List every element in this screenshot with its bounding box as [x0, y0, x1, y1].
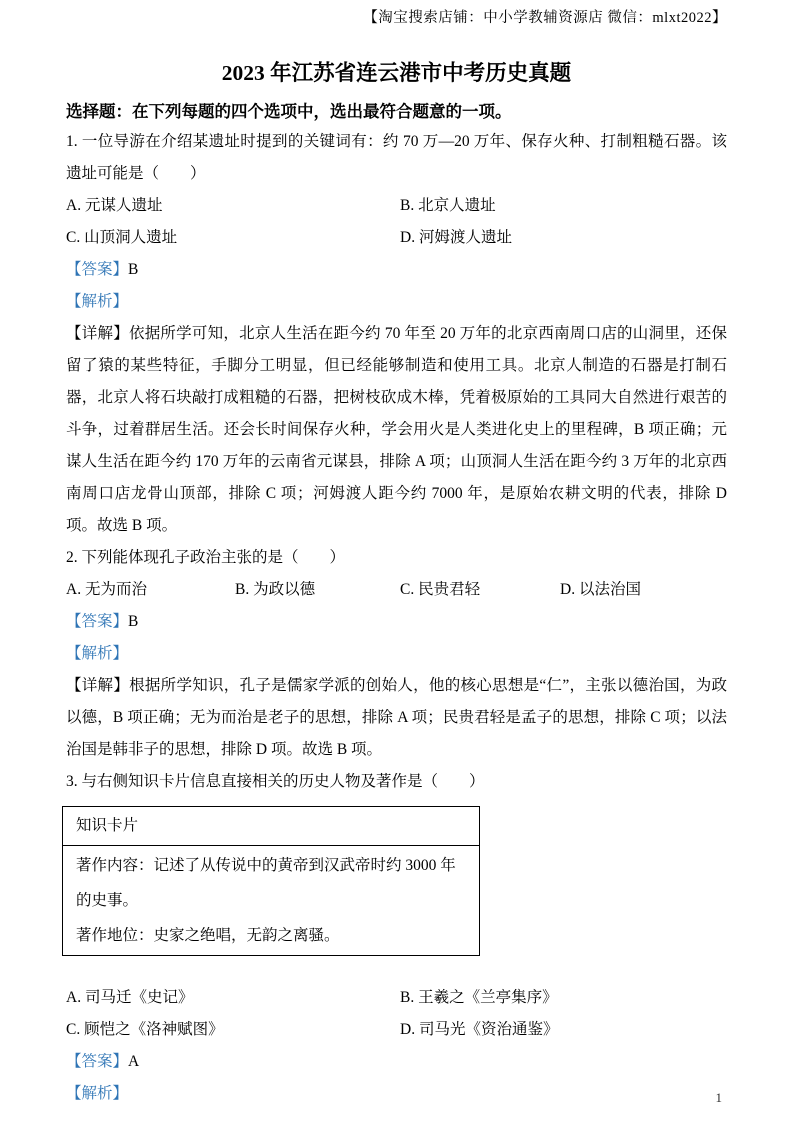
option-c: C. 山顶洞人遗址: [66, 222, 400, 254]
answer-label: 【答案】: [66, 1053, 128, 1070]
option-a: A. 无为而治: [66, 574, 235, 606]
option-c: C. 顾恺之《洛神赋图》: [66, 1014, 400, 1046]
answer-line: 【答案】B: [66, 254, 727, 286]
question-stem: 3. 与右侧知识卡片信息直接相关的历史人物及著作是（ ）: [66, 766, 727, 798]
answer-value: B: [128, 261, 138, 278]
knowledge-card-body: 著作内容：记述了从传说中的黄帝到汉武帝时约 3000 年的史事。 著作地位：史家…: [63, 846, 479, 955]
answer-value: B: [128, 613, 138, 630]
question-stem: 2. 下列能体现孔子政治主张的是（ ）: [66, 542, 727, 574]
detail-paragraph: 【详解】依据所学可知，北京人生活在距今约 70 年至 20 万年的北京西南周口店…: [66, 318, 727, 542]
analysis-line: 【解析】: [66, 286, 727, 318]
option-a: A. 司马迁《史记》: [66, 982, 400, 1014]
question-1: 1. 一位导游在介绍某遗址时提到的关键词有：约 70 万—20 万年、保存火种、…: [66, 126, 727, 542]
question-stem: 1. 一位导游在介绍某遗址时提到的关键词有：约 70 万—20 万年、保存火种、…: [66, 126, 727, 190]
page-number: 1: [716, 1090, 723, 1106]
section-instruction: 选择题：在下列每题的四个选项中，选出最符合题意的一项。: [66, 98, 727, 126]
answer-label: 【答案】: [66, 613, 128, 630]
option-d: D. 司马光《资治通鉴》: [400, 1014, 727, 1046]
option-d: D. 以法治国: [560, 574, 727, 606]
knowledge-card-title: 知识卡片: [63, 807, 479, 846]
analysis-line: 【解析】: [66, 638, 727, 670]
card-line-status: 著作地位：史家之绝唱，无韵之离骚。: [76, 918, 466, 953]
analysis-line: 【解析】: [66, 1078, 727, 1110]
document-page: 【淘宝搜索店铺：中小学教辅资源店 微信：mlxt2022】 2023 年江苏省连…: [0, 0, 793, 1110]
detail-paragraph: 【详解】根据所学知识，孔子是儒家学派的创始人，他的核心思想是“仁”，主张以德治国…: [66, 670, 727, 766]
knowledge-card: 知识卡片 著作内容：记述了从传说中的黄帝到汉武帝时约 3000 年的史事。 著作…: [62, 806, 480, 956]
analysis-label: 【解析】: [66, 645, 128, 662]
options-grid: A. 元谋人遗址 B. 北京人遗址 C. 山顶洞人遗址 D. 河姆渡人遗址: [66, 190, 727, 254]
option-b: B. 王羲之《兰亭集序》: [400, 982, 727, 1014]
doc-header: 【淘宝搜索店铺：中小学教辅资源店 微信：mlxt2022】: [66, 8, 727, 28]
option-c: C. 民贵君轻: [400, 574, 560, 606]
option-a: A. 元谋人遗址: [66, 190, 400, 222]
card-line-content: 著作内容：记述了从传说中的黄帝到汉武帝时约 3000 年的史事。: [76, 848, 466, 918]
option-b: B. 为政以德: [235, 574, 400, 606]
options-grid: A. 司马迁《史记》 B. 王羲之《兰亭集序》 C. 顾恺之《洛神赋图》 D. …: [66, 982, 727, 1046]
answer-line: 【答案】A: [66, 1046, 727, 1078]
answer-value: A: [128, 1053, 139, 1070]
options-row: A. 无为而治 B. 为政以德 C. 民贵君轻 D. 以法治国: [66, 574, 727, 606]
answer-label: 【答案】: [66, 261, 128, 278]
option-b: B. 北京人遗址: [400, 190, 727, 222]
question-3: 3. 与右侧知识卡片信息直接相关的历史人物及著作是（ ） 知识卡片 著作内容：记…: [66, 766, 727, 1110]
analysis-label: 【解析】: [66, 293, 128, 310]
question-2: 2. 下列能体现孔子政治主张的是（ ） A. 无为而治 B. 为政以德 C. 民…: [66, 542, 727, 766]
option-d: D. 河姆渡人遗址: [400, 222, 727, 254]
analysis-label: 【解析】: [66, 1085, 128, 1102]
page-title: 2023 年江苏省连云港市中考历史真题: [66, 58, 727, 88]
answer-line: 【答案】B: [66, 606, 727, 638]
